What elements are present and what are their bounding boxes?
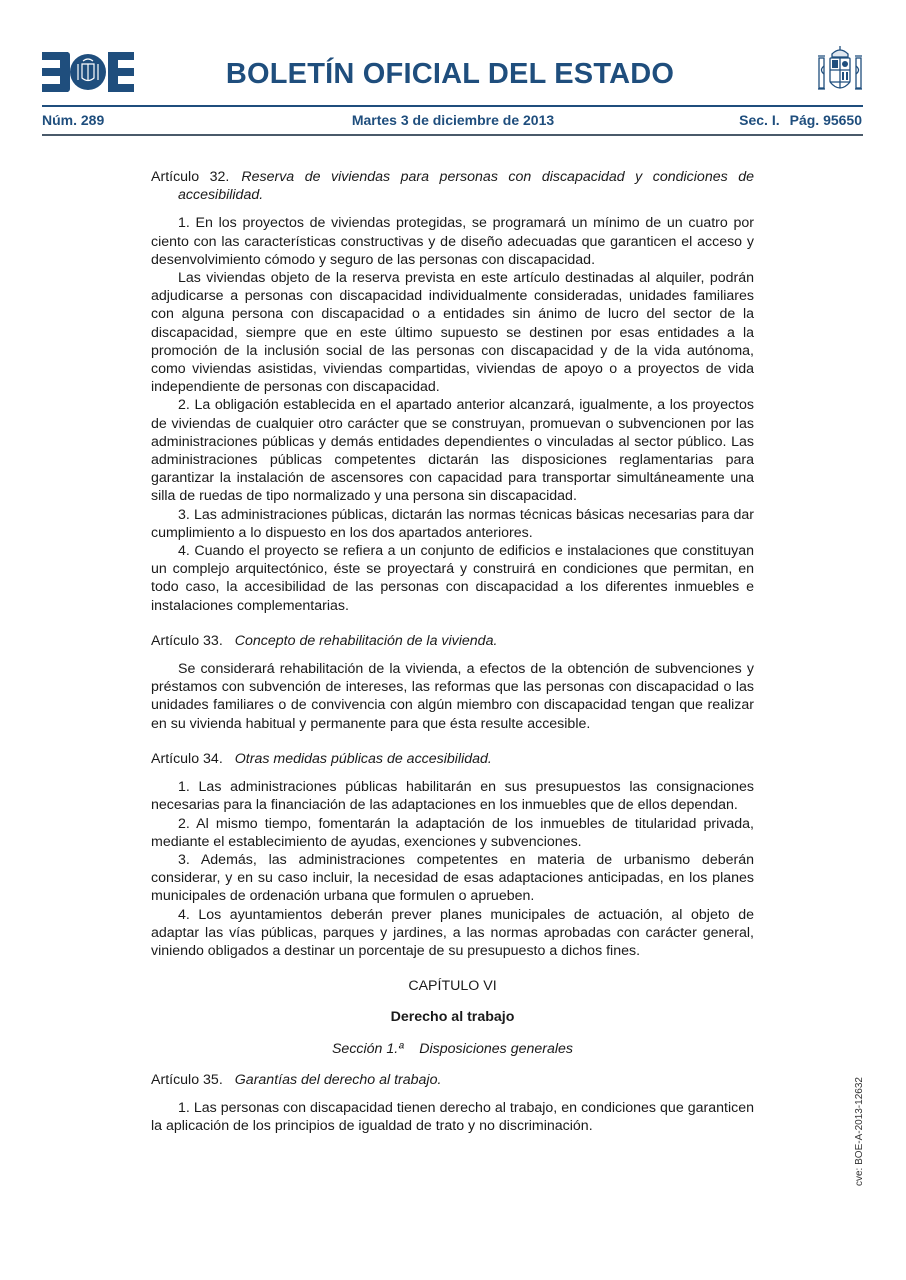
chapter-number: CAPÍTULO VI [151, 977, 754, 995]
boe-logo [42, 52, 134, 92]
issue-number: Núm. 289 [42, 112, 104, 128]
paragraph: Se considerará rehabilitación de la vivi… [151, 660, 754, 733]
article-title: Garantías del derecho al trabajo. [235, 1072, 442, 1088]
header-rule-top [42, 105, 863, 107]
article-title: Otras medidas públicas de accesibilidad. [235, 751, 492, 767]
article-32-heading: Artículo 32.Reserva de viviendas para pe… [151, 168, 754, 204]
issue-date: Martes 3 de diciembre de 2013 [200, 112, 706, 128]
paragraph: 3. Las administraciones públicas, dictar… [151, 506, 754, 542]
article-35-heading: Artículo 35.Garantías del derecho al tra… [151, 1071, 754, 1089]
section-label: Sec. I. [739, 112, 779, 128]
chapter-title: Derecho al trabajo [151, 1008, 754, 1026]
article-label: Artículo 35. [151, 1072, 223, 1088]
paragraph: 1. En los proyectos de viviendas protegi… [151, 214, 754, 269]
document-body: Artículo 32.Reserva de viviendas para pe… [151, 168, 754, 1135]
paragraph: 2. La obligación establecida en el apart… [151, 396, 754, 505]
article-label: Artículo 34. [151, 751, 223, 767]
article-title: Reserva de viviendas para personas con d… [178, 169, 754, 203]
article-title: Concepto de rehabilitación de la viviend… [235, 633, 498, 649]
article-label: Artículo 33. [151, 633, 223, 649]
paragraph: 4. Los ayuntamientos deberán prever plan… [151, 906, 754, 961]
page-number: Pág. 95650 [790, 112, 862, 128]
paragraph: 1. Las administraciones públicas habilit… [151, 778, 754, 814]
section-heading: Sección 1.ª Disposiciones generales [151, 1040, 754, 1058]
paragraph: 2. Al mismo tiempo, fomentarán la adapta… [151, 815, 754, 851]
article-34-heading: Artículo 34.Otras medidas públicas de ac… [151, 750, 754, 768]
cve-identifier: cve: BOE-A-2013-12632 [854, 1077, 865, 1186]
paragraph: Las viviendas objeto de la reserva previ… [151, 269, 754, 396]
paragraph: 3. Además, las administraciones competen… [151, 851, 754, 906]
article-33-heading: Artículo 33.Concepto de rehabilitación d… [151, 632, 754, 650]
paragraph: 4. Cuando el proyecto se refiera a un co… [151, 542, 754, 615]
article-label: Artículo 32. [151, 169, 229, 185]
paragraph: 1. Las personas con discapacidad tienen … [151, 1099, 754, 1135]
header-rule-bottom [42, 134, 863, 136]
coat-of-arms-icon [816, 44, 864, 96]
gazette-title: BOLETÍN OFICIAL DEL ESTADO [200, 58, 700, 91]
section-page: Sec. I.Pág. 95650 [729, 112, 862, 128]
